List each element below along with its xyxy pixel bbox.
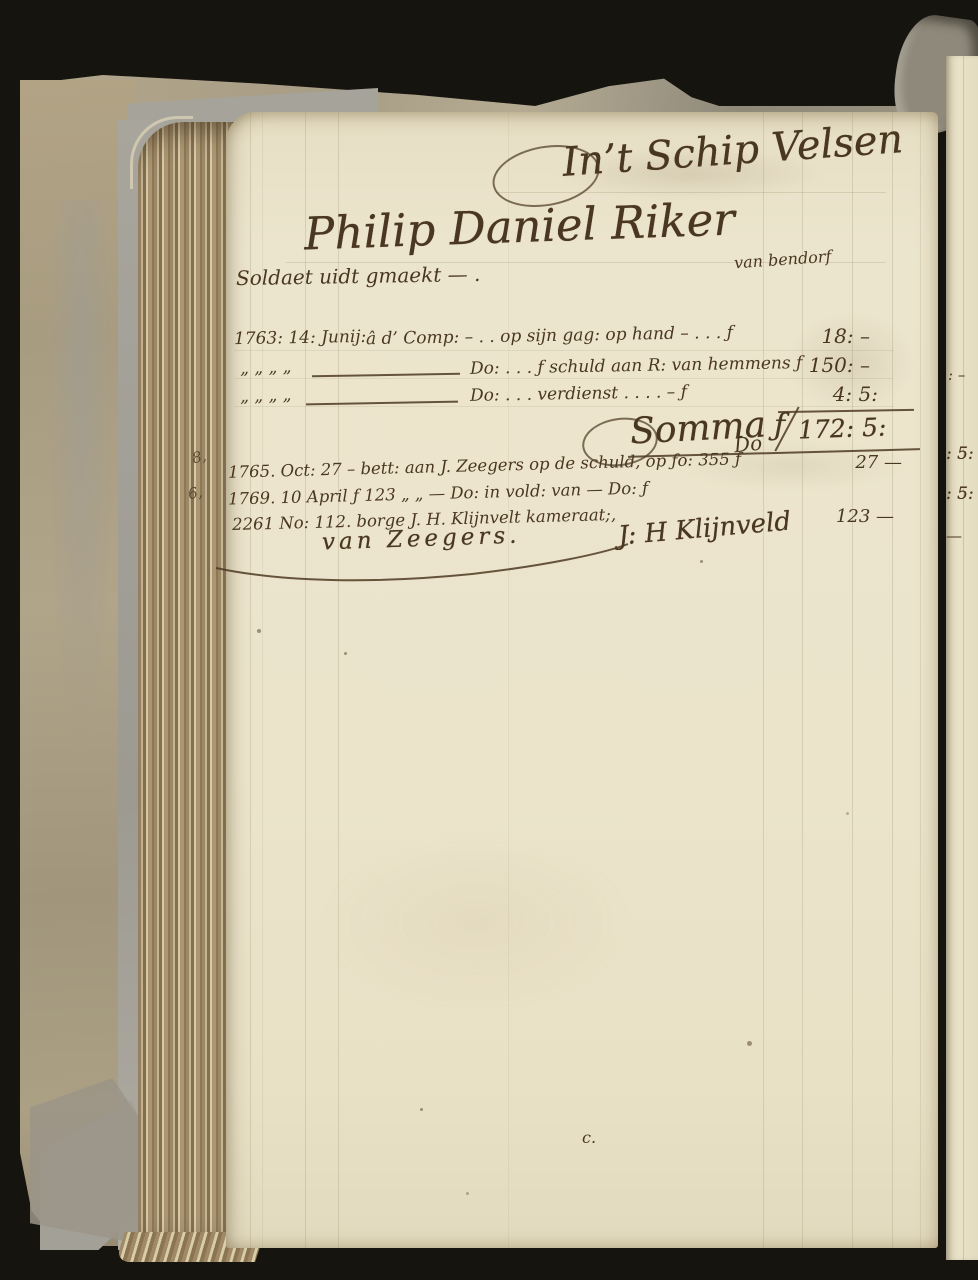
rule-line	[892, 112, 893, 1248]
rule-line	[763, 112, 764, 1248]
ledger-row-body: â d’ Comp: – . . op sijn gag: op hand – …	[366, 323, 733, 349]
rule-line	[852, 112, 853, 1248]
ledger-row-amount: 150: –	[774, 353, 870, 377]
somma-amount: 172: 5:	[798, 412, 887, 444]
edge-mark-4: —	[946, 526, 962, 545]
sliver-rule-line	[963, 56, 964, 1260]
settlement-amount: 27 —	[822, 452, 902, 473]
account-holder-origin: van bendorf	[733, 247, 832, 273]
margin-mark-2: 6,	[187, 483, 204, 503]
rule-line	[802, 112, 803, 1248]
ledger-row-amount: 18: –	[774, 324, 870, 348]
edge-mark-2: : 5:	[946, 444, 974, 464]
stray-ink-mark: c.	[582, 1128, 596, 1147]
paper-stain	[316, 832, 636, 1012]
ledger-row-body: Do: . . . ƒ schuld aan R: van hemmens ƒ	[470, 353, 803, 379]
ink-dash-line	[306, 401, 458, 406]
paper-speck	[700, 560, 703, 563]
ledger-row-date: „ „ „ „	[240, 385, 292, 407]
settlement-line: 1769. 10 April ƒ 123 „ „ — Do: in vold: …	[228, 479, 649, 509]
ledger-row-body: Do: . . . verdienst . . . . – ƒ	[470, 382, 687, 406]
page-stack-edges	[138, 122, 234, 1258]
settlement-amount: 123 —	[814, 506, 894, 527]
signature-right: J: H Klijnveld	[617, 507, 792, 552]
ledger-page: In’t Schip Velsen Philip Daniel Riker va…	[226, 112, 938, 1248]
paper-speck	[747, 1041, 752, 1046]
guide-line	[234, 406, 894, 407]
rule-line	[920, 112, 921, 1248]
photo-scene: 8, 6, : – : 5: : 5: —	[0, 0, 978, 1280]
ink-dash-line	[312, 373, 460, 378]
paper-speck	[344, 652, 347, 655]
ledger-row-amount: 4: 5:	[782, 382, 878, 406]
ledger-row-date: „ „ „ „	[240, 357, 292, 379]
edge-mark-1: : –	[948, 366, 965, 384]
paper-speck	[420, 1108, 423, 1111]
edge-mark-3: : 5:	[946, 484, 974, 504]
paper-speck	[846, 812, 849, 815]
paper-speck	[466, 1192, 469, 1195]
rule-line	[508, 112, 509, 1248]
ledger-row-date: 1763: 14: Junij:	[234, 327, 367, 349]
signature-flourish	[212, 538, 632, 582]
account-subtitle: Soldaet uidt gmaekt — .	[236, 262, 481, 290]
next-page-edge: : – : 5: : 5: —	[946, 56, 978, 1260]
account-holder-name: Philip Daniel Riker	[303, 192, 735, 260]
paper-speck	[257, 629, 261, 633]
